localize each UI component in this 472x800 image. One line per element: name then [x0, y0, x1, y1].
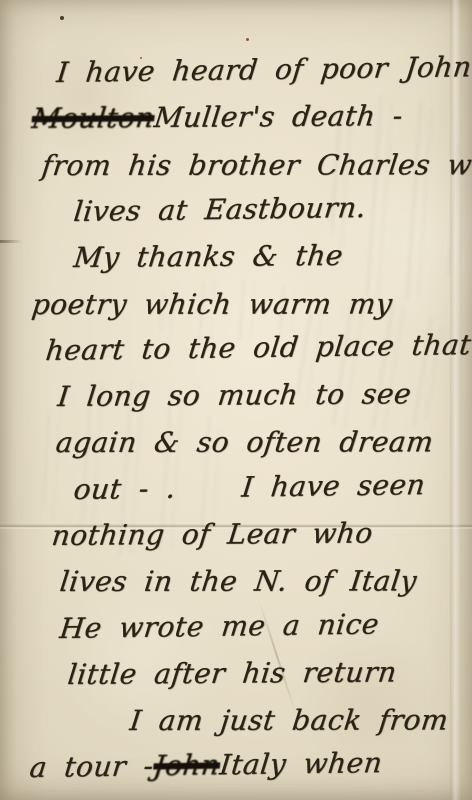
handwriting-segment: nothing of Lear who — [50, 516, 375, 552]
handwriting-segment: I am just back from — [128, 704, 450, 738]
handwriting-line: lives at Eastbourn. — [72, 191, 368, 228]
handwriting-segment: lives in the N. of Italy — [58, 565, 419, 599]
handwriting-line: He wrote me a nice — [58, 607, 381, 644]
handwriting-segment: out - . — [72, 471, 178, 505]
handwriting-segment: a tour - — [28, 749, 155, 784]
handwriting-line: little after his return — [66, 655, 399, 691]
handwriting-segment: little after his return — [66, 655, 399, 691]
handwriting-line: again & so often dream — [54, 426, 435, 460]
handwriting-segment: I have heard of poor John — [55, 50, 472, 89]
handwriting-segment: Muller's death - — [152, 99, 404, 134]
handwriting-segment: poetry which warm my — [30, 287, 394, 321]
handwriting-line: I have heard of poor John — [55, 50, 472, 89]
handwriting-line: heart to the old place that — [44, 328, 472, 367]
handwriting-segment: from his brother Charles who — [40, 148, 472, 182]
handwriting-line: from his brother Charles who — [40, 148, 472, 182]
handwriting-segment: Italy when — [218, 746, 384, 781]
handwriting-line: lives in the N. of Italy — [58, 565, 419, 599]
handwriting-segment: He wrote me a nice — [58, 607, 381, 644]
handwriting-segment: My thanks & the — [72, 239, 345, 274]
handwriting-segment: heart to the old place that — [44, 328, 472, 367]
handwriting-segment: again & so often dream — [54, 426, 435, 460]
handwriting-line: nothing of Lear who — [50, 516, 375, 552]
struck-out-word: Moulton — [30, 101, 156, 135]
handwriting-line: poetry which warm my — [30, 287, 394, 321]
handwriting-segment: I have seen — [240, 468, 427, 504]
handwriting-line: My thanks & the — [72, 239, 345, 274]
struck-out-word: John — [152, 748, 222, 782]
letter-scan: I have heard of poor JohnMoulton Muller'… — [0, 0, 472, 800]
handwriting-line: Moulton Muller's death - — [30, 99, 405, 135]
handwriting-text-layer: I have heard of poor JohnMoulton Muller'… — [0, 0, 472, 800]
handwriting-line: I long so much to see — [56, 377, 413, 413]
handwriting-line: out - .I have seen — [72, 468, 427, 506]
handwriting-line: a tour - John Italy when — [28, 746, 384, 784]
handwriting-segment: lives at Eastbourn. — [72, 191, 368, 228]
handwriting-segment: I long so much to see — [56, 377, 413, 413]
handwriting-line: I am just back from — [128, 704, 450, 738]
